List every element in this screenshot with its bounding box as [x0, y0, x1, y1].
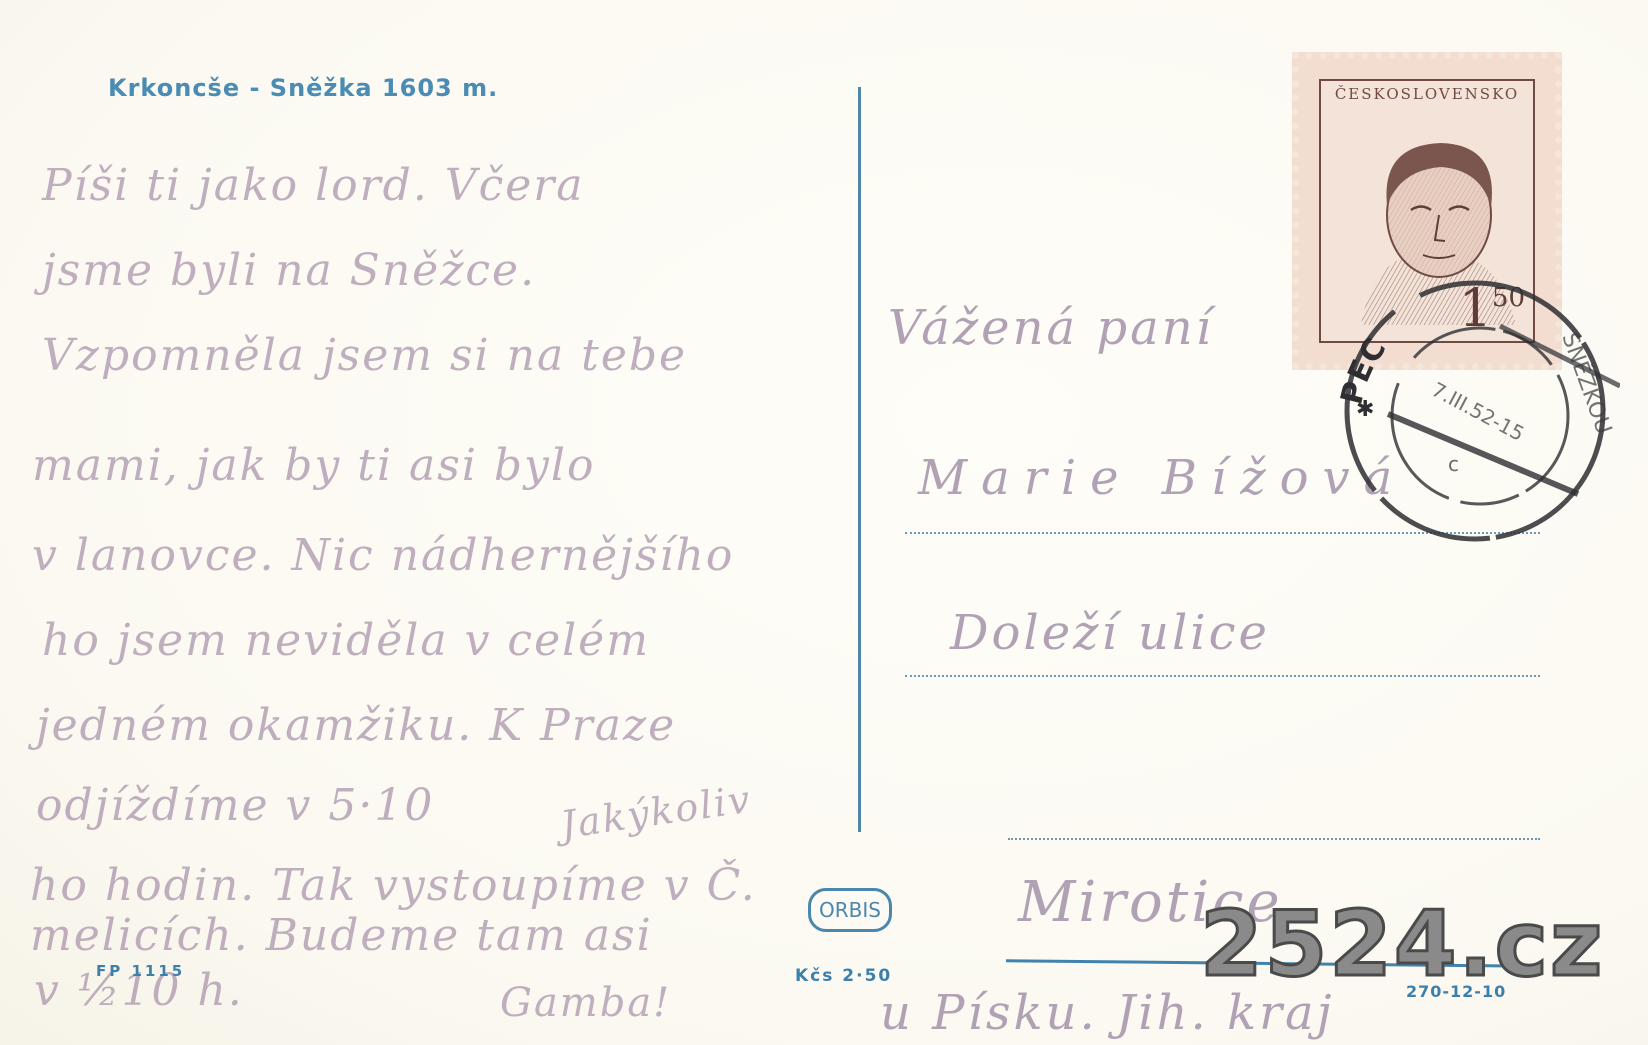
address-text: Doleží ulice	[950, 605, 1270, 661]
stamp-country: ČESKOSLOVENSKO	[1321, 85, 1533, 103]
stamp-frame: ČESKOSLOVENSKO 1 50	[1319, 79, 1535, 343]
watermark: 2524.cz	[1200, 900, 1604, 990]
postmark-letter: c	[1448, 452, 1459, 476]
price: Kčs 2·50	[795, 966, 892, 986]
postmark-town-suffix: SNĚŽKOU	[1556, 329, 1617, 438]
postmark-star: ✱	[1356, 397, 1374, 422]
message-aside: Jakýkoliv	[558, 777, 754, 847]
message-line: ho hodin. Tak vystoupíme v Č.	[30, 860, 757, 911]
message-line: odjíždíme v 5·10	[36, 780, 434, 831]
postcard-back: Krkoncše - Sněžka 1603 m. Píši ti jako l…	[0, 0, 1648, 1045]
message-line: melicích. Budeme tam asi	[30, 910, 653, 961]
message-line: Vzpomněla jsem si na tebe	[42, 330, 687, 381]
publisher-logo: ORBIS	[808, 888, 892, 932]
message-line: mami, jak by ti asi bylo	[32, 440, 595, 491]
postmark-date: 7.III.52-15	[1428, 377, 1529, 446]
message-line: Píši ti jako lord. Včera	[42, 160, 585, 211]
postcard-title: Krkoncše - Sněžka 1603 m.	[108, 74, 498, 102]
message-line: ho jsem neviděla v celém	[42, 615, 650, 666]
stamp-value-fraction: 50	[1492, 285, 1525, 311]
address-line-3	[1008, 838, 1540, 840]
message-line: v lanovce. Nic nádhernějšího	[32, 530, 734, 581]
message-address-divider	[858, 87, 861, 832]
address-line-2	[905, 675, 1540, 677]
signature: Gamba!	[500, 980, 671, 1026]
postage-stamp: ČESKOSLOVENSKO 1 50	[1292, 52, 1562, 370]
printer-code: FP 1115	[96, 962, 185, 980]
stamp-value-main: 1	[1459, 283, 1492, 335]
stamp-value: 1 50	[1459, 283, 1525, 335]
address-text: Vážená paní	[888, 300, 1214, 356]
publisher-logo-text: ORBIS	[819, 898, 881, 922]
address-line-1	[905, 532, 1540, 534]
message-line: jedném okamžiku. K Praze	[36, 700, 676, 751]
message-line: jsme byli na Sněžce.	[42, 245, 536, 296]
address-text: Marie Bížová	[918, 450, 1406, 506]
